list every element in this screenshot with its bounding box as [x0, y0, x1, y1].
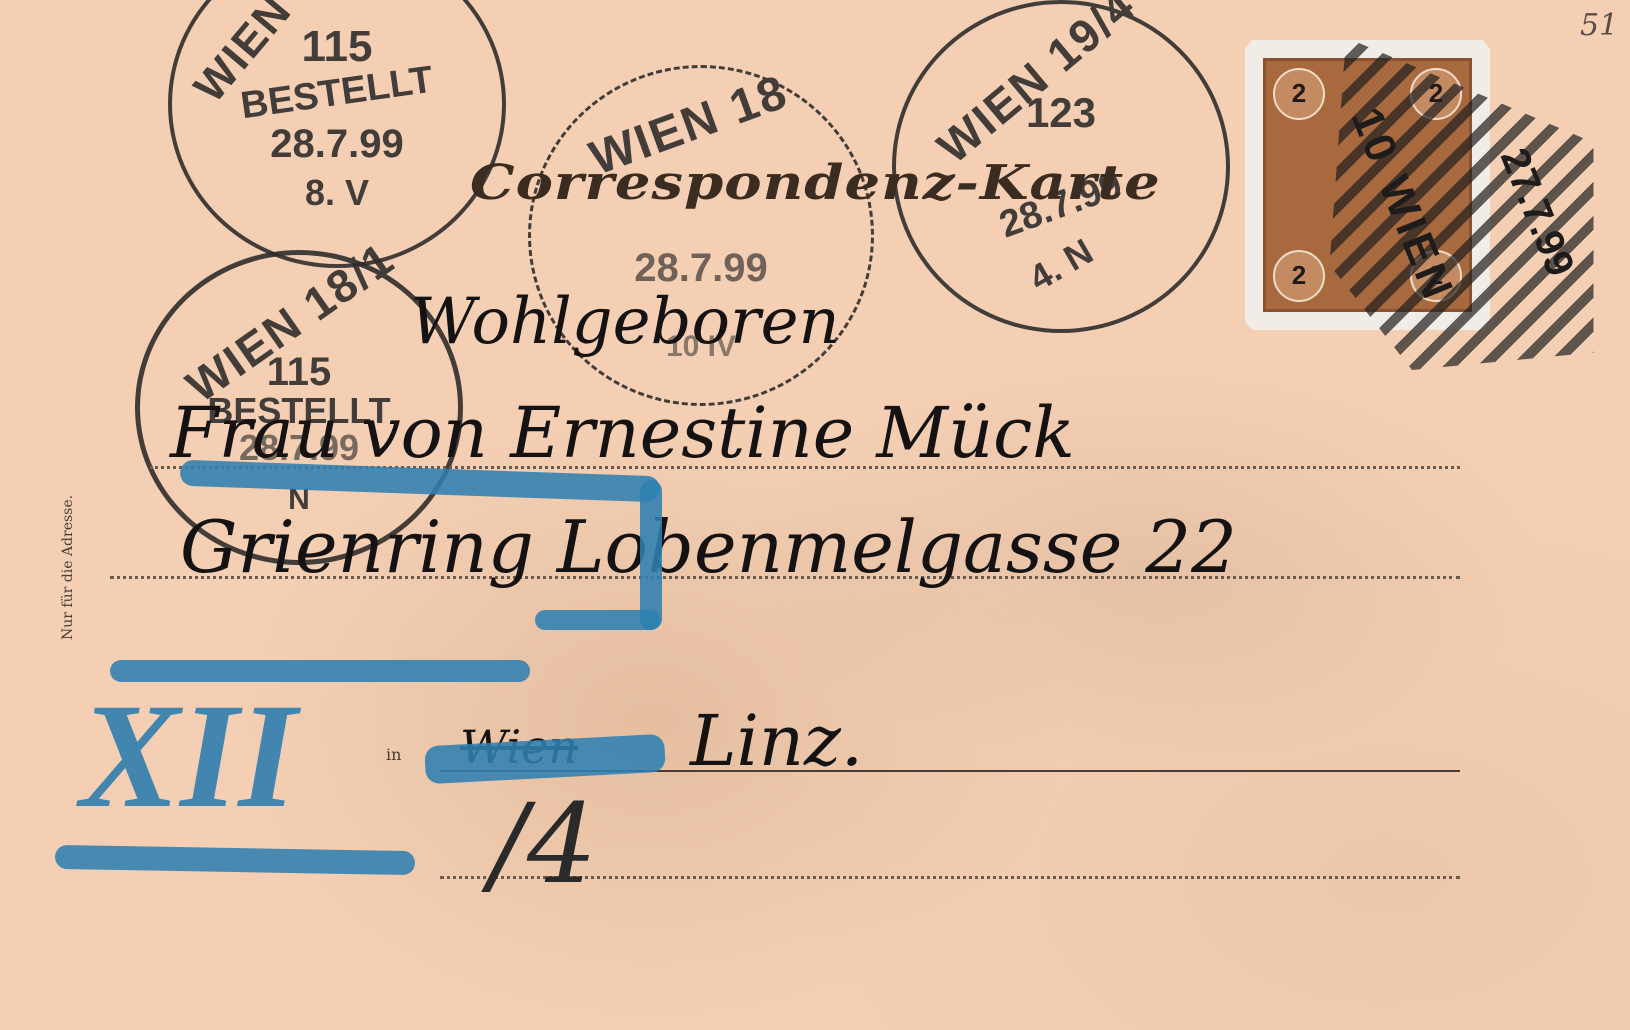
city-label: in	[386, 745, 401, 764]
city: Linz.	[690, 700, 863, 782]
postmark-date: 28.7.99	[172, 122, 502, 167]
stamp-value-corner: 2	[1273, 68, 1325, 120]
postmark-time: 8. V	[172, 172, 502, 214]
blue-bar-bottom	[55, 845, 415, 875]
postmark-city: WIEN 19/4	[927, 0, 1146, 174]
blue-bracket-bottom	[535, 610, 660, 630]
district-marking: XII	[80, 670, 297, 842]
stamp-value-corner: 2	[1273, 250, 1325, 302]
corner-number: 51	[1580, 8, 1618, 43]
blue-bracket-right	[640, 480, 662, 630]
postmark-office: 123	[896, 89, 1226, 137]
postmark-wien-115-bestellt: WIEN 115 BESTELLT 28.7.99 8. V	[168, 0, 506, 268]
salutation: Wohlgeboren	[410, 285, 840, 359]
postcard: 51 WIEN 115 BESTELLT 28.7.99 8. V WIEN 1…	[0, 0, 1630, 1030]
card-title: Correspondenz-Karte	[470, 155, 1161, 211]
extra-note: /4	[490, 780, 597, 908]
recipient-name: Frau von Ernestine Mück	[170, 392, 1075, 474]
street-address: Grienring Lobenmelgasse 22	[180, 505, 1237, 589]
address-only-note: Nur für die Adresse.	[60, 495, 76, 640]
